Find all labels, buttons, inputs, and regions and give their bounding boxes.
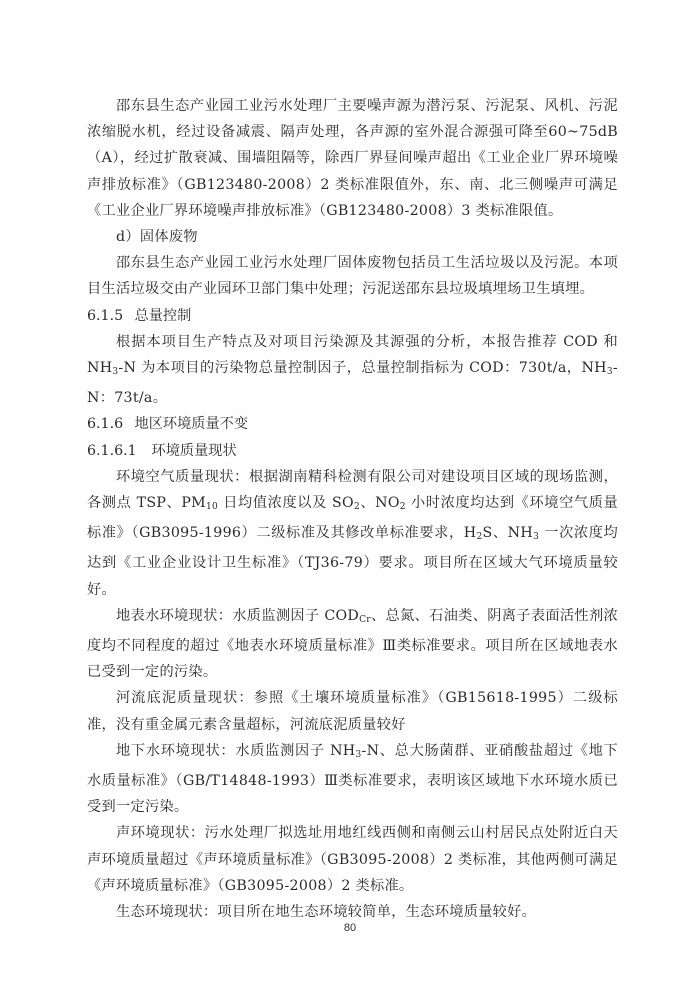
groundwater-paragraph: 地下水环境现状：水质监测因子 NH3-N、总大肠菌群、亚硝酸盐超过《地下水质量标… (87, 738, 618, 821)
heading-6-1-6-1: 6.1.6.1 环境质量现状 (87, 438, 618, 464)
subscript: 10 (206, 502, 218, 512)
heading-title: 环境质量现状 (152, 443, 237, 459)
heading-6-1-5: 6.1.5 总量控制 (87, 303, 618, 329)
solid-waste-paragraph: 邵东县生态产业园工业污水处理厂固体废物包括员工生活垃圾以及污泥。本项目生活垃圾交… (87, 250, 618, 302)
sediment-paragraph: 河流底泥质量现状：参照《土壤环境质量标准》（GB15618-1995）二级标准，… (87, 685, 618, 737)
heading-title: 总量控制 (135, 308, 192, 324)
heading-number: 6.1.5 (87, 303, 130, 329)
subscript: Cr (359, 615, 371, 625)
heading-number: 6.1.6 (87, 411, 130, 437)
surface-water-paragraph: 地表水环境现状：水质监测因子 CODCr、总氮、石油类、阴离子表面活性剂浓度均不… (87, 603, 618, 686)
air-quality-paragraph: 环境空气质量现状：根据湖南精科检测有限公司对建设项目区域的现场监测，各测点 TS… (87, 464, 618, 603)
heading-number: 6.1.6.1 (87, 438, 147, 464)
heading-title: 地区环境质量不变 (135, 416, 249, 432)
total-control-paragraph: 根据本项目生产特点及对项目污染源及其源强的分析，本报告推荐 COD 和 NH3-… (87, 329, 618, 412)
text-run: -N 为本项目的污染物总量控制因子，总量控制指标为 COD：730t/a，NH (118, 360, 606, 376)
heading-6-1-6: 6.1.6 地区环境质量不变 (87, 411, 618, 437)
text-run: 地表水环境现状：水质监测因子 COD (116, 608, 359, 624)
text-run: S、NH (483, 525, 534, 541)
document-page: 邵东县生态产业园工业污水处理厂主要噪声源为潜污泵、污泥泵、风机、污泥浓缩脱水机，… (0, 0, 700, 989)
acoustic-paragraph: 声环境现状：污水处理厂拟选址用地红线西侧和南侧云山村居民点处附近白天声环境质量超… (87, 820, 618, 899)
text-run: 日均值浓度以及 SO (218, 495, 354, 511)
noise-paragraph: 邵东县生态产业园工业污水处理厂主要噪声源为潜污泵、污泥泵、风机、污泥浓缩脱水机，… (87, 93, 618, 224)
text-run: 、NO (360, 495, 400, 511)
page-body: 邵东县生态产业园工业污水处理厂主要噪声源为潜污泵、污泥泵、风机、污泥浓缩脱水机，… (87, 93, 618, 925)
solid-waste-subheading: d）固体废物 (87, 224, 618, 250)
text-run: 地下水环境现状：水质监测因子 NH (116, 743, 355, 759)
page-number: 80 (0, 922, 700, 934)
